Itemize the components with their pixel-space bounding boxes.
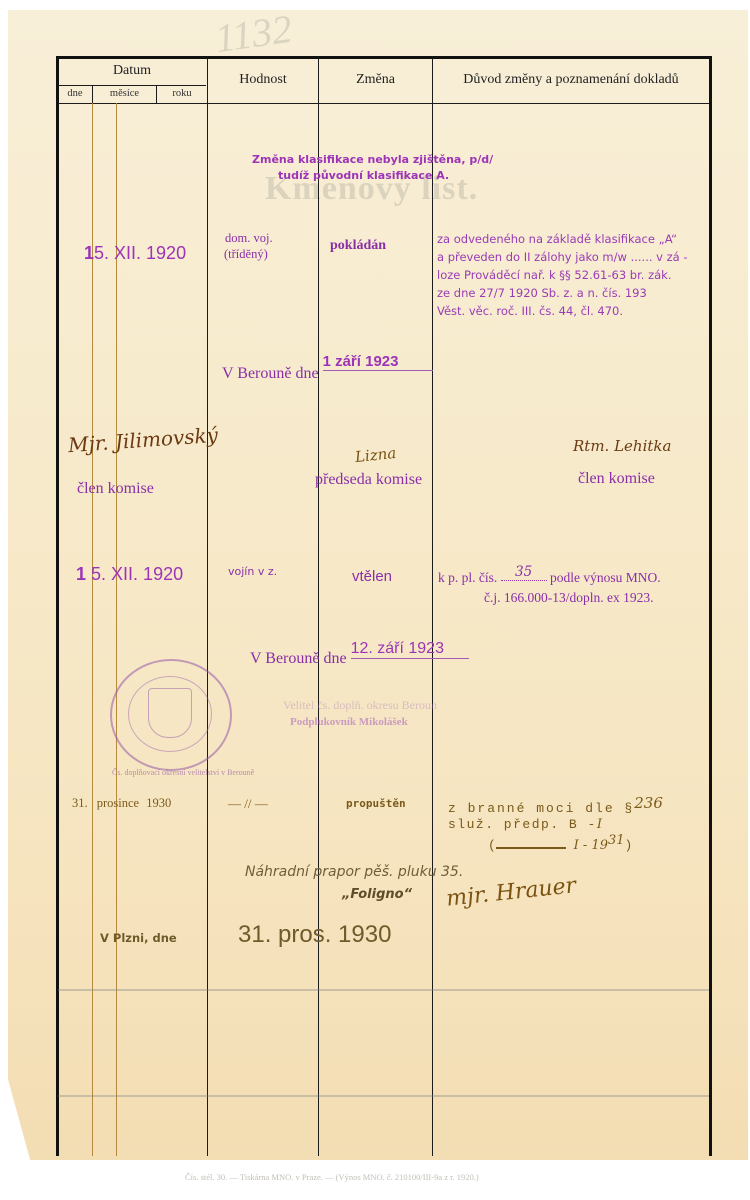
header-datum: Datum: [58, 63, 206, 79]
entry3-place-date: 12. září 1923: [351, 640, 469, 659]
entry4-reason-line2-value: I: [597, 817, 604, 832]
entry1-rank-line1: dom. voj.: [225, 231, 273, 246]
table-left-border: [56, 56, 59, 1156]
entry4-reason-line3: ( I - 1931): [488, 838, 632, 853]
unit-stamp-line1: Náhradní prapor pěš. pluku 35.: [245, 864, 463, 880]
entry4-place: V Plzni, dne: [100, 931, 177, 945]
bleed-line: [58, 1095, 709, 1097]
entry3-rank: vojín v z.: [228, 565, 277, 578]
entry1-reason-line: loze Prováděcí nař. k §§ 52.61-63 br. zá…: [437, 266, 707, 284]
seal-text: Čs. doplňovací okresní velitelství v Ber…: [112, 768, 254, 777]
header-bottom-line: [58, 103, 709, 104]
table-top-border: [57, 56, 712, 59]
header-duvod: Důvod změny a poznamenání dokladů: [433, 72, 709, 88]
entry4-paragraph: 236: [634, 794, 663, 812]
entry3-date-rest: 5. XII. 1920: [91, 564, 183, 584]
entry4-reason-line3-value: I - 19: [574, 838, 608, 853]
entry1-place: V Berouně dne 1 září 1923: [222, 365, 433, 383]
entry4-reason-line2: služ. předp. B -I: [448, 817, 603, 832]
entry3-reason-line2: č.j. 166.000-13/dopln. ex 1923.: [484, 590, 653, 606]
entry3-place: V Berouně dne 12. září 1923: [250, 650, 469, 669]
header-hodnost: Hodnost: [208, 72, 318, 88]
role-chairman: předseda komise: [315, 471, 422, 489]
role-member-2: člen komise: [578, 470, 655, 488]
entry3-reason-line1: k p. pl. čís. 35 podle výnosu MNO.: [438, 570, 661, 587]
entry1-date-rest: 5. XII. 1920: [94, 243, 186, 263]
entry3-date: 1 5. XII. 1920: [76, 564, 183, 585]
entry4-date: 31. prosince 1930: [72, 796, 171, 811]
entry1-place-date: 1 září 1923: [323, 353, 433, 371]
header-zmena: Změna: [319, 72, 432, 88]
entry4-place-date: 31. pros. 1930: [238, 921, 391, 949]
entry4-blank-line: [496, 847, 566, 849]
entry4-day: 31.: [72, 796, 88, 810]
entry4-reason-line1: z branné moci dle §236: [448, 798, 663, 816]
entry4-reason-line3-suffix: ): [625, 838, 633, 853]
classification-note-line2: tudíž původní klasifikace A.: [278, 169, 449, 182]
signature-member-2: Rtm. Lehitka: [573, 437, 671, 455]
entry1-date-day: 1: [84, 243, 94, 263]
col-line-hodnost: [207, 56, 208, 1156]
role-member-1: člen komise: [77, 480, 154, 498]
unit-stamp-line2: „Foligno“: [342, 887, 412, 902]
entry1-place-prefix: V Berouně dne: [222, 365, 319, 382]
header-mesice: měsíce: [93, 88, 156, 99]
header-dne: dne: [58, 88, 92, 99]
entry1-date: 15. XII. 1920: [84, 243, 186, 264]
print-note: Čís. stél. 30. — Tiskárna MNO. v Praze. …: [185, 1172, 479, 1182]
entry1-reason-line: a převeden do II zálohy jako m/w ...... …: [437, 248, 707, 266]
entry3-change: vtělen: [352, 568, 392, 585]
entry4-year: 1930: [146, 796, 171, 810]
entry4-reason-line3-prefix: (: [488, 838, 496, 853]
entry3-regiment-number: 35: [501, 564, 547, 581]
seal-emblem-icon: [148, 688, 192, 738]
entry1-reason-line: Věst. věc. roč. III. čs. 44, čl. 470.: [437, 302, 707, 320]
header-roku: roku: [157, 88, 207, 99]
entry4-change: propuštěn: [346, 797, 406, 810]
entry1-rank-line2: (tříděný): [224, 247, 268, 262]
datum-sub-divider: [58, 85, 206, 86]
faint-stamp-commander: Velitel čs. doplň. okresu Beroun: [283, 698, 437, 713]
classification-note-line1: Změna klasifikace nebyla zjištěna, p/d/: [252, 153, 493, 166]
entry4-rank: — // —: [228, 796, 268, 812]
col-line-duvod: [432, 56, 433, 1156]
entry1-reason: za odvedeného na základě klasifikace „A“…: [437, 230, 707, 320]
entry4-reason-line2-prefix: služ. předp. B -: [448, 817, 597, 832]
entry4-reason-text: z branné moci dle §: [448, 801, 634, 816]
entry4-month: prosince: [97, 796, 139, 810]
faint-stamp-name: Podplukovník Mikolášek: [290, 716, 408, 728]
entry3-place-prefix: V Berouně dne: [250, 650, 347, 667]
entry1-reason-line: za odvedeného na základě klasifikace „A“: [437, 230, 707, 248]
table-right-border: [709, 56, 712, 1156]
bleed-line: [58, 989, 709, 991]
entry3-date-day: 1: [76, 564, 86, 584]
entry1-change: pokládán: [330, 238, 386, 254]
entry3-reason-suffix: podle výnosu MNO.: [550, 570, 661, 585]
col-line-zmena: [318, 56, 319, 1156]
entry3-reason-prefix: k p. pl. čís.: [438, 570, 497, 585]
entry4-reason-line3-year: 31: [608, 833, 625, 848]
entry1-reason-line: ze dne 27/7 1920 Sb. z. a n. čís. 193: [437, 284, 707, 302]
